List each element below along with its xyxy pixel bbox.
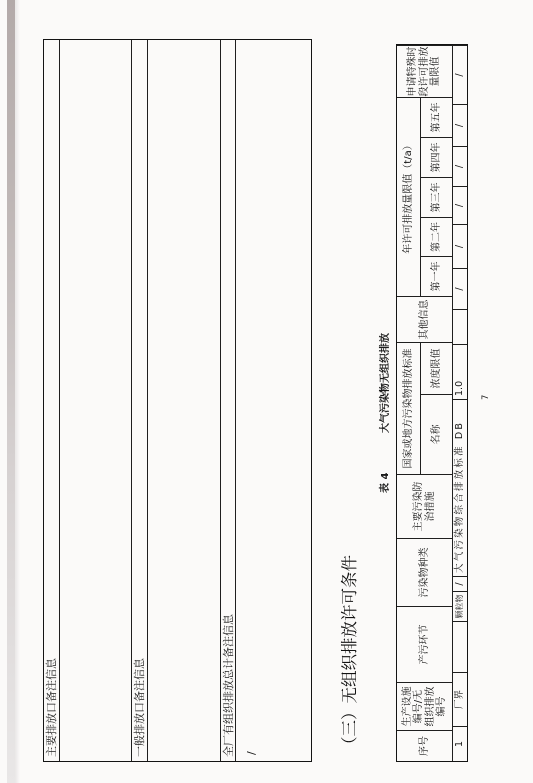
- remarks-table: 主要排放口备注信息 一般排放口备注信息 全厂有组织排放总计备注信息 /: [43, 39, 312, 762]
- remarks-content-main-outlets: [60, 40, 131, 761]
- header-standard-name: 名称: [421, 395, 452, 474]
- header-year-5: 第五年: [421, 98, 452, 137]
- header-control-measures: 主要污染防 治措施: [397, 475, 452, 538]
- remarks-content-general-outlets: [148, 40, 220, 761]
- cell-facility-id: 厂界: [453, 673, 467, 726]
- table-row: 1 厂界 颗粒物 / 大气污染物综合排放标准 DB 1.0 / / / / / …: [453, 45, 467, 761]
- remarks-label-plant-total: 全厂有组织排放总计备注信息: [221, 40, 235, 761]
- remarks-label-main-outlets: 主要排放口备注信息: [44, 40, 59, 761]
- header-year-1: 第一年: [421, 257, 452, 296]
- cell-year-2: /: [453, 225, 467, 268]
- header-standard-group: 国家或地方污染物排放标准: [397, 343, 420, 474]
- header-process: 产污环节: [397, 607, 452, 682]
- cell-pollutant: 颗粒物: [453, 592, 467, 621]
- cell-control-measures: /: [453, 577, 467, 591]
- header-seq: 序号: [397, 731, 452, 761]
- table-caption-title: 大气污染物无组织排放: [380, 333, 391, 433]
- document-page: 主要排放口备注信息 一般排放口备注信息 全厂有组织排放总计备注信息 / （三）无…: [0, 0, 533, 783]
- cell-other-info: [453, 310, 467, 344]
- header-annual-limit-group: 年许可排放量限值（t/a）: [397, 98, 420, 296]
- cell-standard-name: 大气污染物综合排放标准 DB: [453, 400, 467, 576]
- cell-year-3: /: [453, 187, 467, 224]
- cell-seq: 1: [453, 727, 467, 761]
- fugitive-emissions-table: 序号 生产设施 编号/无 组织排放 编号 产污环节 污染物种类 主要污染防 治措…: [396, 44, 468, 762]
- cell-concentration-limit: 1.0: [453, 345, 467, 399]
- cell-year-1: /: [453, 269, 467, 309]
- header-year-3: 第三年: [421, 178, 452, 217]
- header-other-info: 其他信息: [397, 297, 452, 342]
- table-caption-number: 表 4: [380, 433, 392, 493]
- header-concentration-limit: 浓度限值: [421, 343, 452, 394]
- header-year-2: 第二年: [421, 218, 452, 256]
- remarks-content-plant-total: /: [236, 40, 311, 761]
- remarks-label-general-outlets: 一般排放口备注信息: [132, 40, 147, 761]
- cell-special-period-limit: /: [453, 46, 467, 104]
- cell-process: [453, 622, 467, 672]
- cell-year-4: /: [453, 147, 467, 186]
- table-header: 序号 生产设施 编号/无 组织排放 编号 产污环节 污染物种类 主要污染防 治措…: [397, 45, 452, 761]
- table-caption: 表 4大气污染物无组织排放: [380, 333, 392, 493]
- page-number: 7: [481, 395, 491, 400]
- scan-edge-gradient: [15, 0, 20, 783]
- header-year-4: 第四年: [421, 138, 452, 177]
- header-pollutant: 污染物种类: [397, 539, 452, 606]
- section-heading: （三）无组织排放许可条件: [340, 555, 360, 753]
- cell-year-5: /: [453, 105, 467, 146]
- header-special-period-limit: 申请特殊时 段许可排放 量限值: [397, 46, 452, 97]
- scan-edge-shadow: [7, 0, 15, 783]
- header-facility-id: 生产设施 编号/无 组织排放 编号: [397, 683, 452, 730]
